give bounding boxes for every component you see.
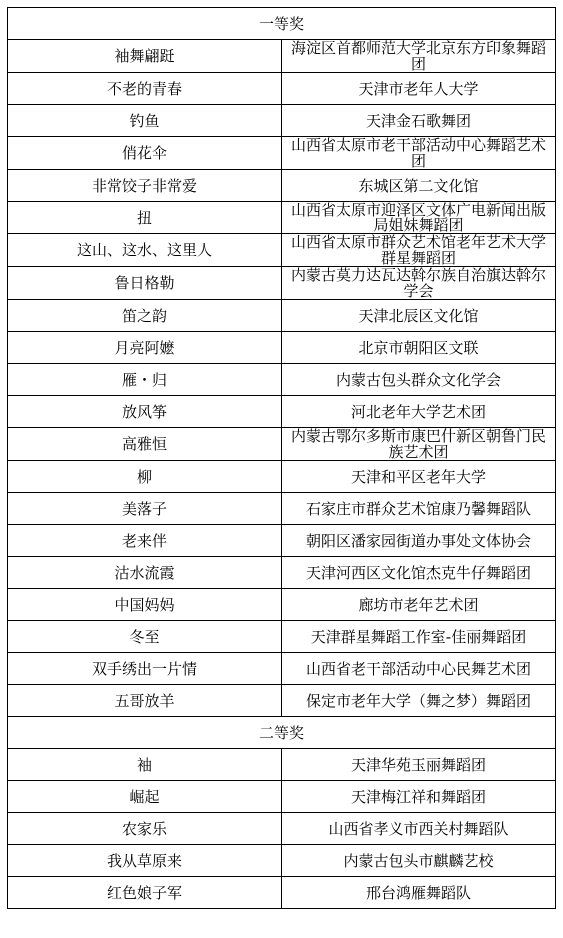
table-row: 笛之韵天津北辰区文化馆 <box>8 300 556 332</box>
program-name-cell: 钓鱼 <box>8 105 282 137</box>
program-name-cell: 俏花伞 <box>8 137 282 170</box>
table-row: 非常饺子非常爱东城区第二文化馆 <box>8 170 556 202</box>
program-name-cell: 非常饺子非常爱 <box>8 170 282 202</box>
table-row: 鲁日格勒内蒙古莫力达瓦达斡尔族自治旗达斡尔学会 <box>8 267 556 300</box>
organization-cell: 内蒙古包头市麒麟艺校 <box>282 845 556 877</box>
organization-cell: 天津北辰区文化馆 <box>282 300 556 332</box>
organization-cell: 内蒙古包头群众文化学会 <box>282 364 556 396</box>
organization-cell: 内蒙古莫力达瓦达斡尔族自治旗达斡尔学会 <box>282 267 556 300</box>
organization-cell: 内蒙古鄂尔多斯市康巴什新区朝鲁门民族艺术团 <box>282 428 556 461</box>
program-name-cell: 红色娘子军 <box>8 877 282 909</box>
section-title: 一等奖 <box>8 8 556 40</box>
program-name-cell: 冬至 <box>8 621 282 653</box>
awards-table: 一等奖袖舞翩跹海淀区首都师范大学北京东方印象舞蹈团不老的青春天津市老年人大学钓鱼… <box>7 7 556 909</box>
organization-cell: 山西省太原市群众艺术馆老年艺术大学群星舞蹈团 <box>282 234 556 267</box>
table-row: 冬至天津群星舞蹈工作室-佳丽舞蹈团 <box>8 621 556 653</box>
table-row: 双手绣出一片情山西省老干部活动中心民舞艺术团 <box>8 653 556 685</box>
table-row: 崛起天津梅江祥和舞蹈团 <box>8 781 556 813</box>
table-row: 钓鱼天津金石歌舞团 <box>8 105 556 137</box>
program-name-cell: 扭 <box>8 202 282 234</box>
program-name-cell: 柳 <box>8 461 282 493</box>
table-row: 我从草原来内蒙古包头市麒麟艺校 <box>8 845 556 877</box>
program-name-cell: 不老的青春 <box>8 73 282 105</box>
program-name-cell: 放风筝 <box>8 396 282 428</box>
organization-cell: 山西省孝义市西关村舞蹈队 <box>282 813 556 845</box>
table-row: 美落子石家庄市群众艺术馆康乃馨舞蹈队 <box>8 493 556 525</box>
organization-cell: 天津和平区老年大学 <box>282 461 556 493</box>
program-name-cell: 美落子 <box>8 493 282 525</box>
program-name-cell: 崛起 <box>8 781 282 813</box>
organization-cell: 天津金石歌舞团 <box>282 105 556 137</box>
program-name-cell: 笛之韵 <box>8 300 282 332</box>
table-row: 农家乐山西省孝义市西关村舞蹈队 <box>8 813 556 845</box>
organization-cell: 廊坊市老年艺术团 <box>282 589 556 621</box>
organization-cell: 海淀区首都师范大学北京东方印象舞蹈团 <box>282 40 556 73</box>
organization-cell: 天津市老年人大学 <box>282 73 556 105</box>
organization-cell: 朝阳区潘家园街道办事处文体协会 <box>282 525 556 557</box>
table-row: 中国妈妈廊坊市老年艺术团 <box>8 589 556 621</box>
organization-cell: 山西省太原市迎泽区文体广电新闻出版局姐妹舞蹈团 <box>282 202 556 234</box>
program-name-cell: 双手绣出一片情 <box>8 653 282 685</box>
organization-cell: 北京市朝阳区文联 <box>282 332 556 364</box>
program-name-cell: 五哥放羊 <box>8 685 282 717</box>
table-row: 扭山西省太原市迎泽区文体广电新闻出版局姐妹舞蹈团 <box>8 202 556 234</box>
organization-cell: 河北老年大学艺术团 <box>282 396 556 428</box>
program-name-cell: 袖 <box>8 749 282 781</box>
table-row: 红色娘子军邢台鸿雁舞蹈队 <box>8 877 556 909</box>
organization-cell: 东城区第二文化馆 <box>282 170 556 202</box>
table-row: 袖天津华苑玉丽舞蹈团 <box>8 749 556 781</box>
organization-cell: 天津河西区文化馆杰克牛仔舞蹈团 <box>282 557 556 589</box>
organization-cell: 天津华苑玉丽舞蹈团 <box>282 749 556 781</box>
program-name-cell: 我从草原来 <box>8 845 282 877</box>
program-name-cell: 高雅恒 <box>8 428 282 461</box>
section-header-row: 一等奖 <box>8 8 556 40</box>
program-name-cell: 雁・归 <box>8 364 282 396</box>
table-row: 月亮阿嬷北京市朝阳区文联 <box>8 332 556 364</box>
organization-cell: 天津梅江祥和舞蹈团 <box>282 781 556 813</box>
table-row: 柳天津和平区老年大学 <box>8 461 556 493</box>
organization-cell: 邢台鸿雁舞蹈队 <box>282 877 556 909</box>
section-header-row: 二等奖 <box>8 717 556 749</box>
table-row: 雁・归内蒙古包头群众文化学会 <box>8 364 556 396</box>
table-row: 老来伴朝阳区潘家园街道办事处文体协会 <box>8 525 556 557</box>
program-name-cell: 沽水流霞 <box>8 557 282 589</box>
program-name-cell: 老来伴 <box>8 525 282 557</box>
program-name-cell: 农家乐 <box>8 813 282 845</box>
organization-cell: 山西省老干部活动中心民舞艺术团 <box>282 653 556 685</box>
program-name-cell: 袖舞翩跹 <box>8 40 282 73</box>
section-title: 二等奖 <box>8 717 556 749</box>
organization-cell: 石家庄市群众艺术馆康乃馨舞蹈队 <box>282 493 556 525</box>
organization-cell: 山西省太原市老干部活动中心舞蹈艺术团 <box>282 137 556 170</box>
organization-cell: 保定市老年大学（舞之梦）舞蹈团 <box>282 685 556 717</box>
table-row: 这山、这水、这里人山西省太原市群众艺术馆老年艺术大学群星舞蹈团 <box>8 234 556 267</box>
table-row: 不老的青春天津市老年人大学 <box>8 73 556 105</box>
table-row: 放风筝河北老年大学艺术团 <box>8 396 556 428</box>
table-row: 俏花伞山西省太原市老干部活动中心舞蹈艺术团 <box>8 137 556 170</box>
program-name-cell: 月亮阿嬷 <box>8 332 282 364</box>
program-name-cell: 中国妈妈 <box>8 589 282 621</box>
organization-cell: 天津群星舞蹈工作室-佳丽舞蹈团 <box>282 621 556 653</box>
table-row: 袖舞翩跹海淀区首都师范大学北京东方印象舞蹈团 <box>8 40 556 73</box>
table-row: 高雅恒内蒙古鄂尔多斯市康巴什新区朝鲁门民族艺术团 <box>8 428 556 461</box>
program-name-cell: 鲁日格勒 <box>8 267 282 300</box>
table-row: 五哥放羊保定市老年大学（舞之梦）舞蹈团 <box>8 685 556 717</box>
table-row: 沽水流霞天津河西区文化馆杰克牛仔舞蹈团 <box>8 557 556 589</box>
program-name-cell: 这山、这水、这里人 <box>8 234 282 267</box>
awards-table-body: 一等奖袖舞翩跹海淀区首都师范大学北京东方印象舞蹈团不老的青春天津市老年人大学钓鱼… <box>8 8 556 909</box>
